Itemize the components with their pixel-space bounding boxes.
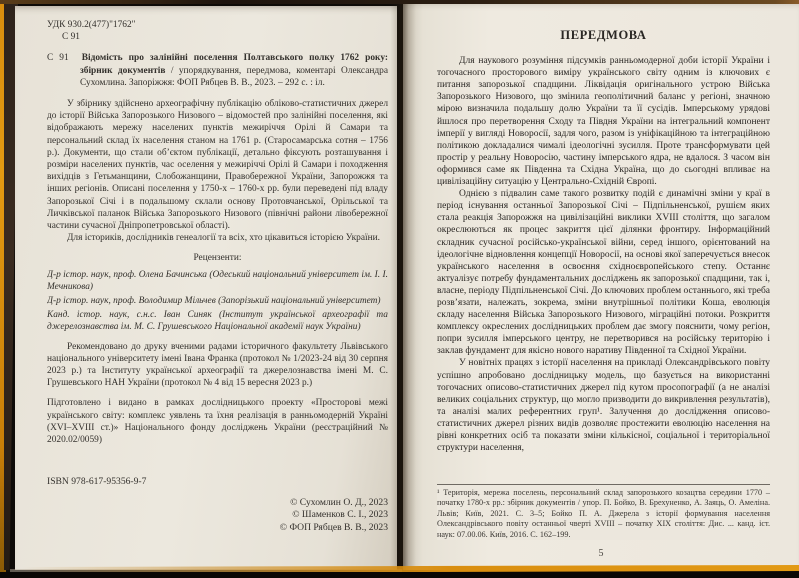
preface-paragraph: У новітніх працях з історії населення на… bbox=[437, 357, 770, 454]
preface-heading: ПЕРЕДМОВА bbox=[437, 29, 770, 41]
udk-classification-code: С 91 bbox=[62, 31, 388, 43]
reviewers-heading: Рецензенти: bbox=[47, 252, 388, 264]
catalog-entry: С 91 Відомість про залінійні поселення П… bbox=[47, 52, 388, 89]
photo-background-bottom bbox=[0, 572, 799, 578]
left-page-body: УДК 930.2(477)"1762" С 91 С 91 Відомість… bbox=[47, 19, 388, 458]
reviewer-entry: Д-р істор. наук, проф. Володимир Мільчев… bbox=[47, 295, 388, 307]
left-page-bottom-block: ISBN 978-617-95356-9-7 © Сухомлин О. Д.,… bbox=[47, 476, 388, 534]
page-gutter-shadow bbox=[390, 0, 416, 572]
open-book-photo: УДК 930.2(477)"1762" С 91 С 91 Відомість… bbox=[0, 0, 799, 578]
footnote-text: ¹ Територія, мережа поселень, персональн… bbox=[437, 484, 770, 540]
right-page: ПЕРЕДМОВА Для наукового розуміння підсум… bbox=[403, 3, 799, 570]
reviewer-entry: Канд. істор. наук, с.н.с. Іван Синяк (Ін… bbox=[47, 309, 388, 333]
catalog-entry-label: С 91 bbox=[47, 53, 69, 63]
right-page-body: ПЕРЕДМОВА Для наукового розуміння підсум… bbox=[437, 29, 770, 474]
isbn-line: ISBN 978-617-95356-9-7 bbox=[47, 476, 388, 488]
copyright-line: © ФОП Рябцев В. В., 2023 bbox=[47, 522, 388, 534]
footnote-block: ¹ Територія, мережа поселень, персональн… bbox=[437, 484, 770, 540]
annotation-paragraph: У збірнику здійснено археографічну публі… bbox=[47, 98, 388, 232]
audience-paragraph: Для істориків, дослідників генеалогії та… bbox=[47, 232, 388, 244]
book-top-edge bbox=[0, 0, 799, 4]
reviewer-entry: Д-р істор. наук, проф. Олена Бачинська (… bbox=[47, 269, 388, 293]
page-number: 5 bbox=[403, 548, 799, 559]
left-page: УДК 930.2(477)"1762" С 91 С 91 Відомість… bbox=[15, 6, 397, 570]
project-note-paragraph: Підготовлено і видано в рамках дослідниц… bbox=[47, 397, 388, 446]
copyright-block: © Сухомлин О. Д., 2023 © Шаменков С. І.,… bbox=[47, 497, 388, 534]
udk-line: УДК 930.2(477)"1762" bbox=[47, 19, 388, 31]
preface-paragraph: Для наукового розуміння підсумків ранньо… bbox=[437, 55, 770, 188]
copyright-line: © Сухомлин О. Д., 2023 bbox=[47, 497, 388, 509]
recommendation-paragraph: Рекомендовано до друку вченими радами іс… bbox=[47, 341, 388, 390]
preface-paragraph: Однією з підвалин саме такого розвитку п… bbox=[437, 188, 770, 357]
copyright-line: © Шаменков С. І., 2023 bbox=[47, 509, 388, 521]
